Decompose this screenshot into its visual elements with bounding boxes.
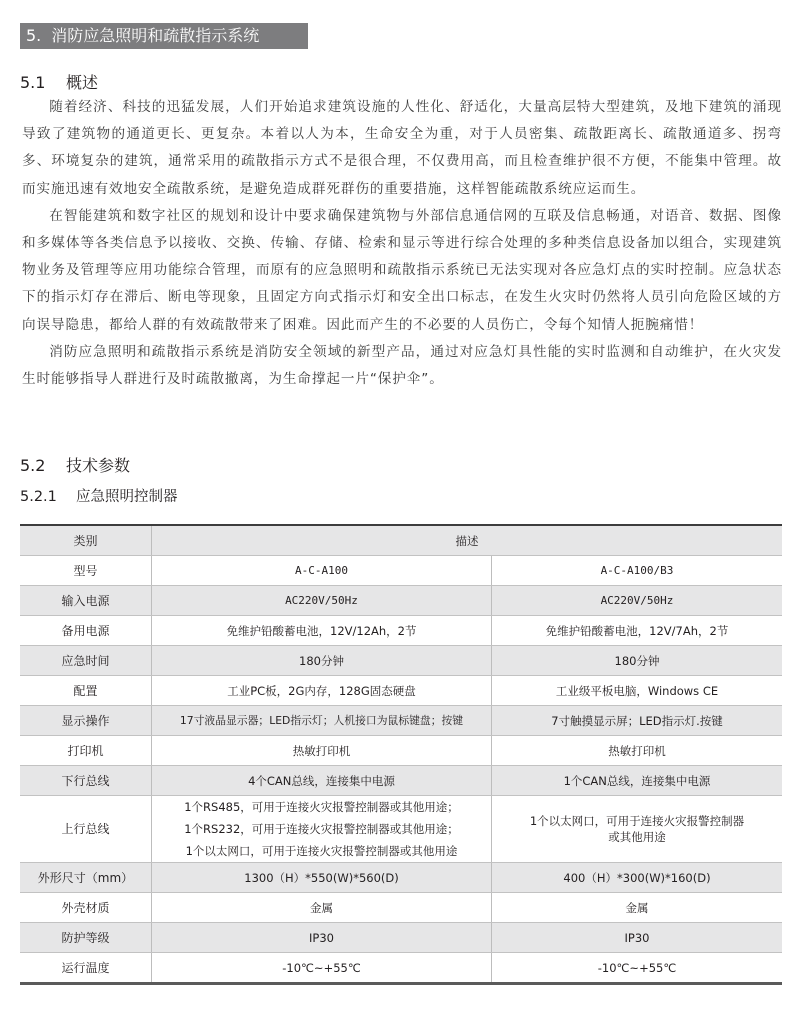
table-row: 备用电源 免维护铅酸蓄电池，12V/12Ah，2节 免维护铅酸蓄电池，12V/7… <box>20 616 782 646</box>
cell-value-b: 400（H）*300(W)*160(D) <box>492 863 783 893</box>
subsection-heading-controller: 5.2.1应急照明控制器 <box>20 485 178 506</box>
table-row: 外壳材质 金属 金属 <box>20 893 782 923</box>
table-row: 打印机 热敏打印机 热敏打印机 <box>20 736 782 766</box>
cell-value-a: 17寸液晶显示器；LED指示灯；人机接口为鼠标键盘；按键 <box>152 706 492 736</box>
row-label: 配置 <box>20 676 152 706</box>
cell-value-a: IP30 <box>152 923 492 953</box>
overview-paragraph: 在智能建筑和数字社区的规划和设计中要求确保建筑物与外部信息通信网的互联及信息畅通… <box>22 203 782 339</box>
cell-value-a: -10℃~+55℃ <box>152 953 492 984</box>
table-row: 输入电源 AC220V/50Hz AC220V/50Hz <box>20 586 782 616</box>
cell-value-a: 1个RS485，可用于连接火灾报警控制器或其他用途； 1个RS232，可用于连接… <box>152 796 492 863</box>
cell-line: 或其他用途 <box>496 829 778 845</box>
table-row: 显示操作 17寸液晶显示器；LED指示灯；人机接口为鼠标键盘；按键 7寸触摸显示… <box>20 706 782 736</box>
cell-value-a: AC220V/50Hz <box>152 586 492 616</box>
row-label: 输入电源 <box>20 586 152 616</box>
section-number: 5.1 <box>20 73 66 92</box>
cell-line: 1个RS232，可用于连接火灾报警控制器或其他用途； <box>156 818 487 840</box>
row-label: 外壳材质 <box>20 893 152 923</box>
cell-line: 1个以太网口，可用于连接火灾报警控制器或其他用途 <box>156 840 487 862</box>
table-row: 配置 工业PC板，2G内存，128G固态硬盘 工业级平板电脑，Windows C… <box>20 676 782 706</box>
table-row: 运行温度 -10℃~+55℃ -10℃~+55℃ <box>20 953 782 984</box>
section-title: 技术参数 <box>66 456 130 475</box>
overview-paragraph: 消防应急照明和疏散指示系统是消防安全领域的新型产品，通过对应急灯具性能的实时监测… <box>22 339 782 393</box>
table-row: 防护等级 IP30 IP30 <box>20 923 782 953</box>
subsection-number: 5.2.1 <box>20 489 76 505</box>
cell-value-b: AC220V/50Hz <box>492 586 783 616</box>
cell-value-a: 1300（H）*550(W)*560(D) <box>152 863 492 893</box>
spec-table: 类别 描述 型号 A-C-A100 A-C-A100/B3 输入电源 AC220… <box>20 524 782 985</box>
cell-value-a: 4个CAN总线，连接集中电源 <box>152 766 492 796</box>
cell-value-b: 免维护铅酸蓄电池，12V/7Ah，2节 <box>492 616 783 646</box>
cell-value-b: 180分钟 <box>492 646 783 676</box>
cell-value-a: 金属 <box>152 893 492 923</box>
table-row: 型号 A-C-A100 A-C-A100/B3 <box>20 556 782 586</box>
table-header-row: 类别 描述 <box>20 525 782 556</box>
table-row: 外形尺寸（mm） 1300（H）*550(W)*560(D) 400（H）*30… <box>20 863 782 893</box>
row-label: 应急时间 <box>20 646 152 676</box>
cell-value-a: 热敏打印机 <box>152 736 492 766</box>
table-row: 下行总线 4个CAN总线，连接集中电源 1个CAN总线，连接集中电源 <box>20 766 782 796</box>
overview-body: 随着经济、科技的迅猛发展，人们开始追求建筑设施的人性化、舒适化，大量高层特大型建… <box>22 94 782 393</box>
cell-value-b: 工业级平板电脑，Windows CE <box>492 676 783 706</box>
table-row: 上行总线 1个RS485，可用于连接火灾报警控制器或其他用途； 1个RS232，… <box>20 796 782 863</box>
cell-line: 1个RS485，可用于连接火灾报警控制器或其他用途； <box>156 796 487 818</box>
cell-value-b: -10℃~+55℃ <box>492 953 783 984</box>
section-number: 5.2 <box>20 456 66 475</box>
row-label: 打印机 <box>20 736 152 766</box>
section-heading-tech-params: 5.2技术参数 <box>20 453 130 476</box>
header-category: 类别 <box>20 525 152 556</box>
chapter-number: 5. <box>26 26 41 45</box>
row-label: 上行总线 <box>20 796 152 863</box>
cell-value-b: 1个CAN总线，连接集中电源 <box>492 766 783 796</box>
row-label: 下行总线 <box>20 766 152 796</box>
row-label: 备用电源 <box>20 616 152 646</box>
cell-value-a: 免维护铅酸蓄电池，12V/12Ah，2节 <box>152 616 492 646</box>
cell-model-b: A-C-A100/B3 <box>492 556 783 586</box>
section-heading-overview: 5.1概述 <box>20 70 98 93</box>
row-label: 型号 <box>20 556 152 586</box>
overview-paragraph: 随着经济、科技的迅猛发展，人们开始追求建筑设施的人性化、舒适化，大量高层特大型建… <box>22 94 782 203</box>
cell-value-b: 金属 <box>492 893 783 923</box>
chapter-heading: 5.消防应急照明和疏散指示系统 <box>20 23 308 49</box>
cell-line: 1个以太网口，可用于连接火灾报警控制器 <box>496 813 778 829</box>
cell-value-b: 热敏打印机 <box>492 736 783 766</box>
row-label: 运行温度 <box>20 953 152 984</box>
row-label: 防护等级 <box>20 923 152 953</box>
header-description: 描述 <box>152 525 783 556</box>
cell-value-b: IP30 <box>492 923 783 953</box>
cell-value-a: 180分钟 <box>152 646 492 676</box>
cell-model-a: A-C-A100 <box>152 556 492 586</box>
section-title: 概述 <box>66 73 98 92</box>
cell-value-a: 工业PC板，2G内存，128G固态硬盘 <box>152 676 492 706</box>
row-label: 外形尺寸（mm） <box>20 863 152 893</box>
row-label: 显示操作 <box>20 706 152 736</box>
chapter-title: 消防应急照明和疏散指示系统 <box>51 26 259 45</box>
cell-value-b: 1个以太网口，可用于连接火灾报警控制器 或其他用途 <box>492 796 783 863</box>
subsection-title: 应急照明控制器 <box>76 489 178 505</box>
table-row: 应急时间 180分钟 180分钟 <box>20 646 782 676</box>
cell-value-b: 7寸触摸显示屏；LED指示灯.按键 <box>492 706 783 736</box>
